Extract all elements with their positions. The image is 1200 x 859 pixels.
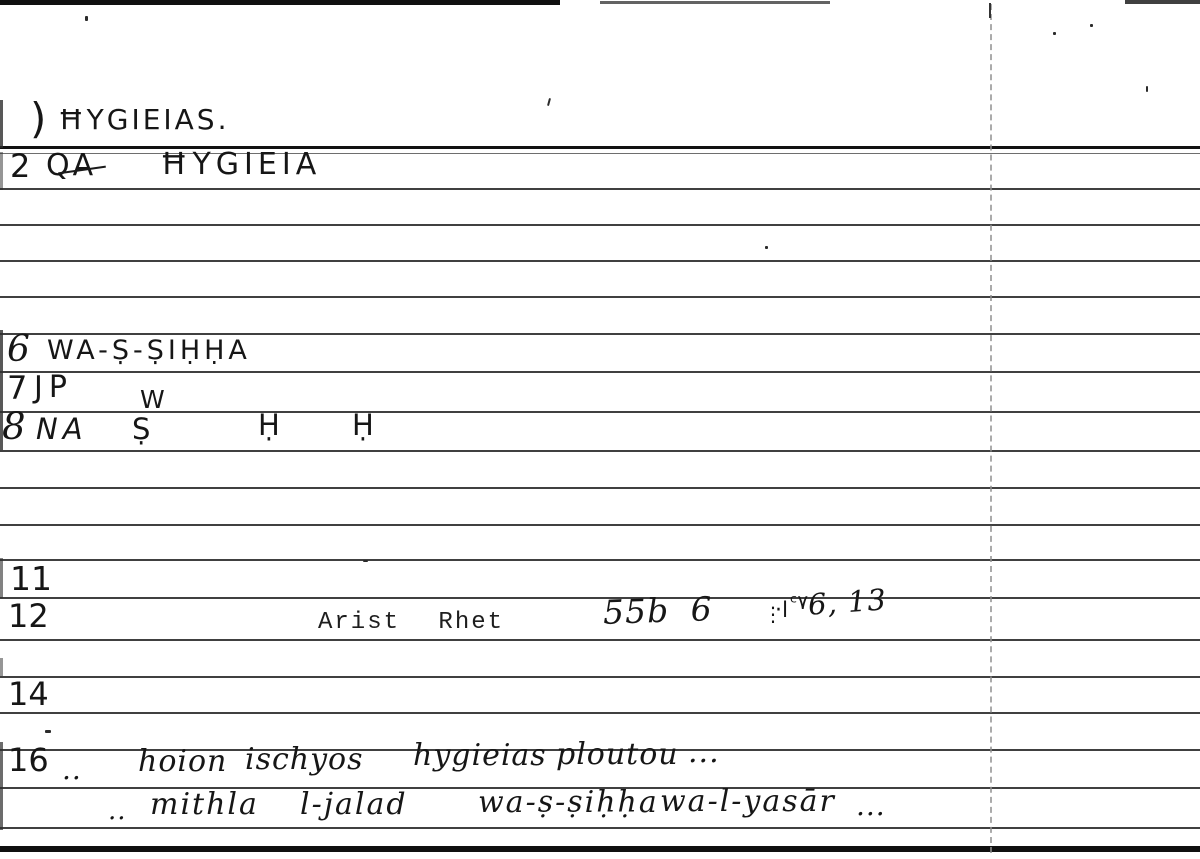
margin-line-number: 2 <box>10 150 30 182</box>
paper-speck <box>765 246 768 249</box>
handwritten-word: Ḥ <box>258 411 283 440</box>
ruled-line <box>0 827 1200 829</box>
handwritten-word: Ṣ <box>132 415 153 444</box>
ruled-line <box>0 559 1200 561</box>
paper-speck <box>1053 32 1056 35</box>
ruled-line <box>0 712 1200 714</box>
left-edge-mark <box>0 558 3 598</box>
paper-speck <box>45 730 51 733</box>
scanned-card: ) ĦYGIEIAS. 2 QA ĦYGIEIA 6 WA-Ṣ-ṢIḤḤA 7 … <box>0 0 1200 859</box>
ruled-line <box>0 411 1200 413</box>
handwritten-word: wa-l-yasār <box>660 787 836 817</box>
paper-speck <box>1146 86 1148 92</box>
handwritten-word: ischyos <box>245 745 364 775</box>
handwritten-ellipsis: ... <box>856 792 886 820</box>
left-edge-mark <box>0 742 3 830</box>
left-edge-mark <box>0 658 3 676</box>
handwritten-word: ĦYGIEIA <box>160 150 321 180</box>
ruled-line <box>0 371 1200 373</box>
handwritten-word: NA <box>36 415 88 444</box>
ruled-line <box>0 597 1200 599</box>
handwritten-word: hoion <box>138 747 227 777</box>
margin-line-number: 16 <box>8 744 49 776</box>
handwritten-marks: ᶜ٧ <box>790 592 808 612</box>
handwritten-ellipsis: .. <box>108 798 127 824</box>
left-edge-mark <box>0 100 3 148</box>
margin-line-number: 14 <box>8 678 49 710</box>
typewritten-citation: Arist Rhet <box>318 611 504 635</box>
top-edge-scan-bar <box>0 0 560 5</box>
vertical-guide-line <box>990 4 992 853</box>
handwritten-marks: ·ا <box>775 600 788 622</box>
margin-line-number: 8 <box>2 408 27 445</box>
margin-line-number: 6 <box>7 332 31 368</box>
handwritten-reference: 6, 13 <box>807 585 888 619</box>
paper-speck <box>85 16 88 21</box>
ruled-line <box>0 188 1200 190</box>
ruled-line <box>0 450 1200 452</box>
paper-speck <box>547 98 551 106</box>
handwritten-word: JP <box>34 373 73 403</box>
margin-line-number: 11 <box>10 562 52 595</box>
handwritten-word: ploutou <box>556 740 679 770</box>
handwritten-word: hygieias <box>413 741 547 771</box>
top-edge-scan-bar <box>1125 0 1200 4</box>
margin-line-number: 12 <box>8 600 49 632</box>
ruled-line <box>0 260 1200 262</box>
handwritten-word: wa-ṣ-ṣiḥḥa <box>478 788 659 818</box>
handwritten-ellipsis: ... <box>688 738 720 768</box>
ruled-line <box>0 639 1200 641</box>
top-edge-scan-bar <box>600 1 830 4</box>
handwritten-word: ĦYGIEIAS. <box>58 106 229 134</box>
handwritten-word: mithla <box>150 790 259 820</box>
ruled-line <box>0 296 1200 298</box>
paper-speck <box>363 560 368 562</box>
ruled-line <box>0 487 1200 489</box>
handwritten-ellipsis: .. <box>62 756 82 784</box>
margin-line-number: 7 <box>7 372 27 404</box>
ruled-line <box>0 224 1200 226</box>
handwritten-word: WA-Ṣ-ṢIḤḤA <box>47 337 251 364</box>
paper-speck <box>1090 24 1093 27</box>
vertical-guide-tick <box>989 3 991 18</box>
left-edge-mark <box>0 152 3 190</box>
handwritten-word: l-jalad <box>300 790 408 820</box>
handwritten-word: QA <box>46 151 96 181</box>
handwritten-reference: 55b 6 <box>602 592 713 629</box>
ruled-line <box>0 676 1200 678</box>
ruled-line <box>0 524 1200 526</box>
handwritten-word: Ḥ <box>352 411 377 440</box>
margin-line-number: ) <box>30 98 46 140</box>
handwritten-word: W <box>140 387 168 412</box>
bottom-edge-scan-bar <box>0 846 1200 852</box>
